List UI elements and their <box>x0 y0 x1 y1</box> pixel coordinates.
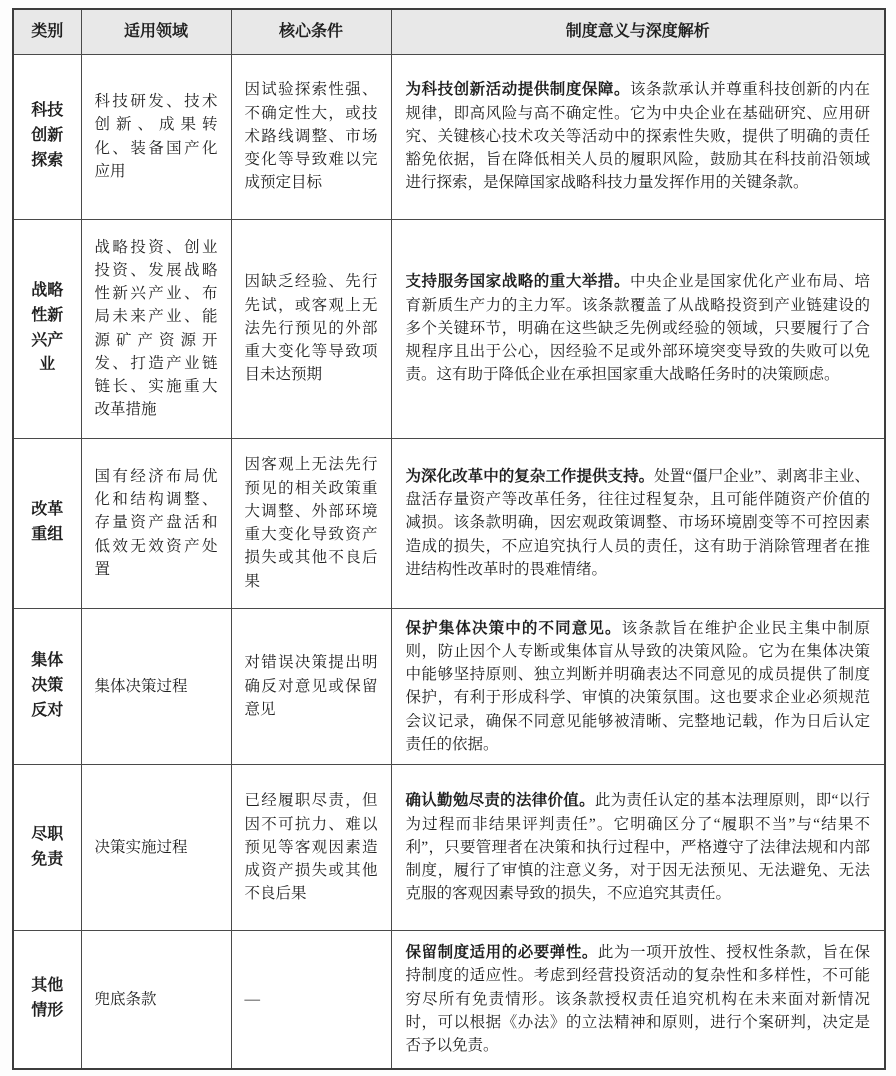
analysis-cell: 为科技创新活动提供制度保障。该条款承认并尊重科技创新的内在规律，即高风险与高不确… <box>391 54 885 219</box>
table-header-row: 类别 适用领域 核心条件 制度意义与深度解析 <box>13 9 885 54</box>
category-cell: 集体决策反对 <box>13 608 81 765</box>
analysis-lead: 支持服务国家战略的重大举措。 <box>406 273 631 290</box>
condition-cell: 因客观上无法先行预见的相关政策重大调整、外部环境重大变化导致资产损失或其他不良后… <box>231 438 391 608</box>
analysis-cell: 支持服务国家战略的重大举措。中央企业是国家优化产业布局、培育新质生产力的主力军。… <box>391 219 885 438</box>
analysis-cell: 保留制度适用的必要弹性。此为一项开放性、授权性条款，旨在保持制度的适应性。考虑到… <box>391 931 885 1069</box>
table-row: 其他情形 兜底条款 — 保留制度适用的必要弹性。此为一项开放性、授权性条款，旨在… <box>13 931 885 1069</box>
category-cell: 尽职免责 <box>13 765 81 931</box>
field-cell: 国有经济布局优化和结构调整、存量资产盘活和低效无效资产处置 <box>81 438 231 608</box>
condition-cell: 因缺乏经验、先行先试，或客观上无法先行预见的外部重大变化等导致项目未达预期 <box>231 219 391 438</box>
field-cell: 战略投资、创业投资、发展战略性新兴产业、布局未来产业、能源矿产资源开发、打造产业… <box>81 219 231 438</box>
header-cell-field: 适用领域 <box>81 9 231 54</box>
condition-cell: 对错误决策提出明确反对意见或保留意见 <box>231 608 391 765</box>
analysis-lead: 保留制度适用的必要弹性。 <box>406 944 598 961</box>
analysis-lead: 为科技创新活动提供制度保障。 <box>406 81 631 98</box>
analysis-lead: 为深化改革中的复杂工作提供支持。 <box>406 468 655 485</box>
condition-cell: 已经履职尽责，但因不可抗力、难以预见等客观因素造成资产损失或其他不良后果 <box>231 765 391 931</box>
table-row: 改革重组 国有经济布局优化和结构调整、存量资产盘活和低效无效资产处置 因客观上无… <box>13 438 885 608</box>
analysis-lead: 保护集体决策中的不同意见。 <box>406 620 622 637</box>
analysis-cell: 保护集体决策中的不同意见。该条款旨在维护企业民主集中制原则，防止因个人专断或集体… <box>391 608 885 765</box>
table-row: 集体决策反对 集体决策过程 对错误决策提出明确反对意见或保留意见 保护集体决策中… <box>13 608 885 765</box>
field-cell: 兜底条款 <box>81 931 231 1069</box>
field-cell: 决策实施过程 <box>81 765 231 931</box>
header-cell-analysis: 制度意义与深度解析 <box>391 9 885 54</box>
category-cell: 改革重组 <box>13 438 81 608</box>
analysis-cell: 确认勤勉尽责的法律价值。此为责任认定的基本法理原则，即“以行为过程而非结果评判责… <box>391 765 885 931</box>
category-cell: 其他情形 <box>13 931 81 1069</box>
condition-cell: — <box>231 931 391 1069</box>
analysis-cell: 为深化改革中的复杂工作提供支持。处置“僵尸企业”、剥离非主业、盘活存量资产等改革… <box>391 438 885 608</box>
table-row: 战略性新兴产业 战略投资、创业投资、发展战略性新兴产业、布局未来产业、能源矿产资… <box>13 219 885 438</box>
condition-cell: 因试验探索性强、不确定性大，或技术路线调整、市场变化等导致难以完成预定目标 <box>231 54 391 219</box>
header-cell-category: 类别 <box>13 9 81 54</box>
analysis-lead: 确认勤勉尽责的法律价值。 <box>406 792 595 809</box>
exemption-category-table: 类别 适用领域 核心条件 制度意义与深度解析 科技创新探索 科技研发、技术创新、… <box>12 8 886 1070</box>
field-cell: 科技研发、技术创新、成果转化、装备国产化应用 <box>81 54 231 219</box>
table-row: 科技创新探索 科技研发、技术创新、成果转化、装备国产化应用 因试验探索性强、不确… <box>13 54 885 219</box>
analysis-body: 该条款旨在维护企业民主集中制原则，防止因个人专断或集体盲从导致的决策风险。它为在… <box>406 620 871 753</box>
field-cell: 集体决策过程 <box>81 608 231 765</box>
document-page: 类别 适用领域 核心条件 制度意义与深度解析 科技创新探索 科技研发、技术创新、… <box>0 0 896 1076</box>
category-cell: 战略性新兴产业 <box>13 219 81 438</box>
table-row: 尽职免责 决策实施过程 已经履职尽责，但因不可抗力、难以预见等客观因素造成资产损… <box>13 765 885 931</box>
header-cell-condition: 核心条件 <box>231 9 391 54</box>
category-cell: 科技创新探索 <box>13 54 81 219</box>
